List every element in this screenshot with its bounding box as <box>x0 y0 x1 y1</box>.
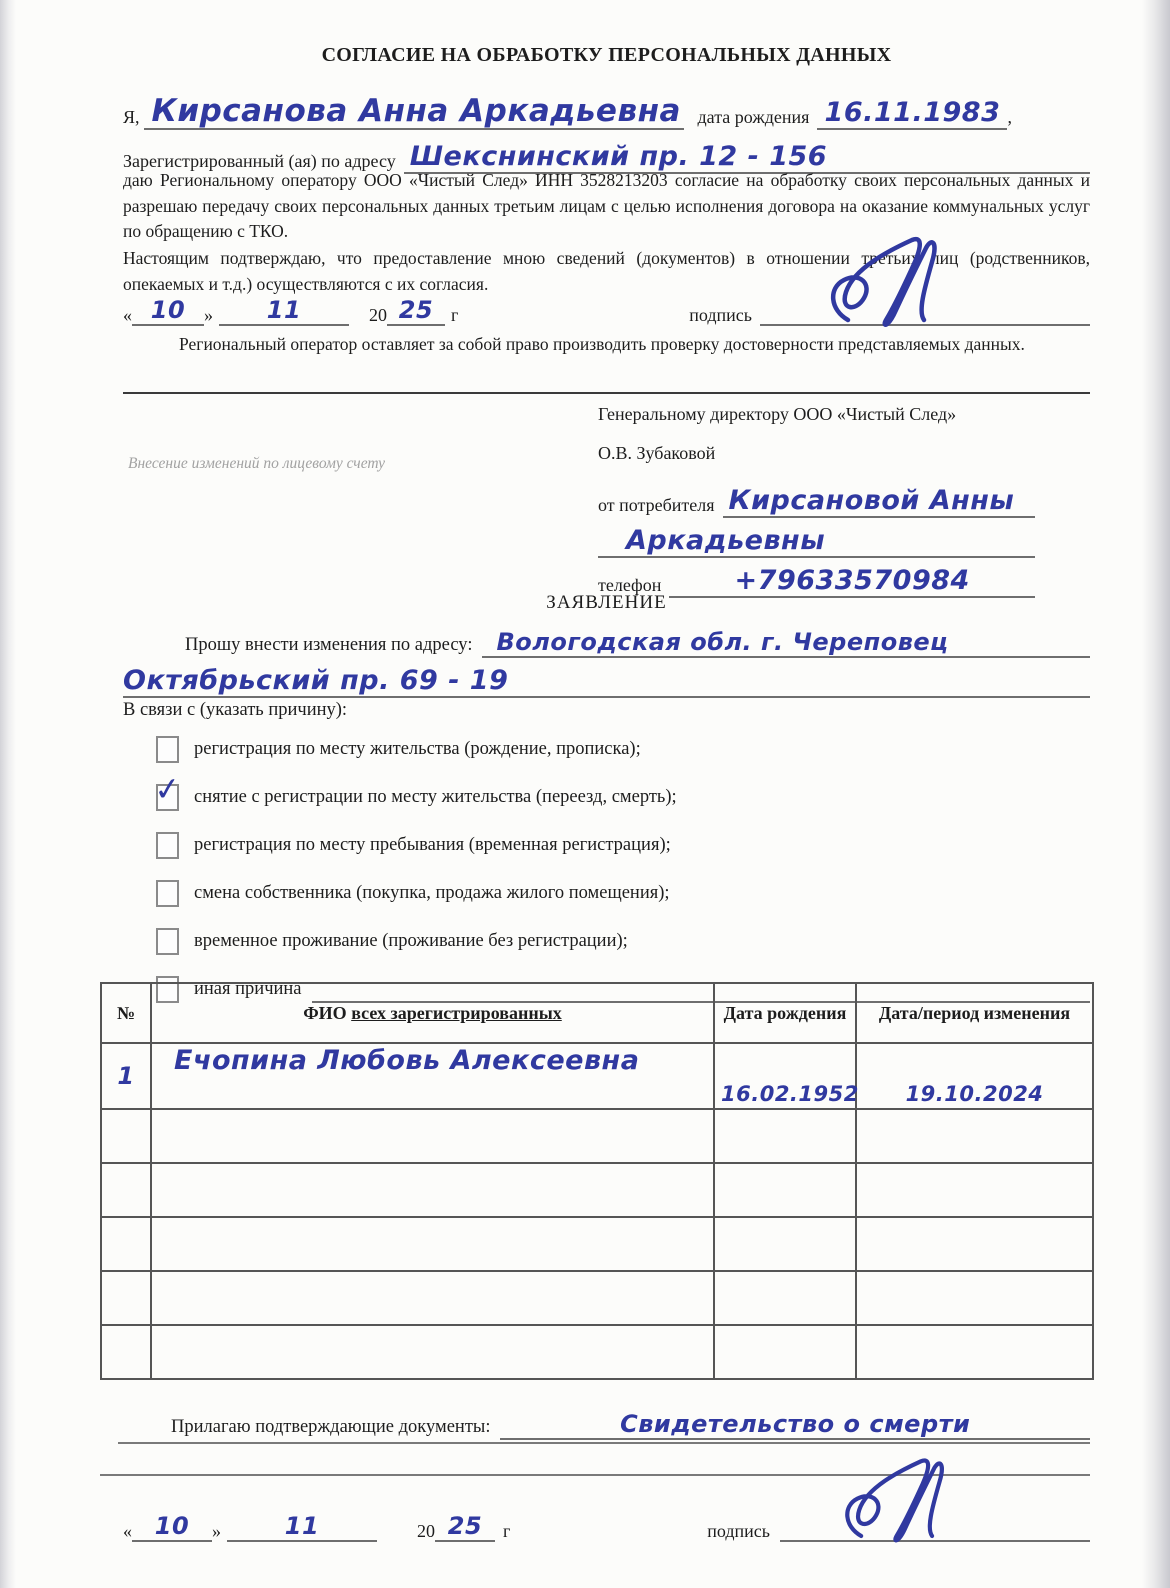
empty-cell <box>856 1217 1093 1271</box>
date-signature-line-1: « 10 » 11 20 25 г подпись <box>123 288 1090 326</box>
empty-cell <box>714 1325 856 1379</box>
fio-underlined: всех зарегистрированных <box>351 1003 562 1023</box>
reason-label-1: регистрация по месту жительства (рождени… <box>194 739 641 760</box>
signature-ink-1 <box>820 232 970 332</box>
empty-cell <box>151 1325 714 1379</box>
from-handwritten-2: Аркадьевны <box>598 525 825 556</box>
blank-line-1 <box>118 1442 1090 1444</box>
from-field-1: Кирсановой Анны <box>723 486 1035 518</box>
signature-field-1 <box>760 324 1090 326</box>
day-handwritten-2: 10 <box>155 1512 189 1540</box>
registered-table: № ФИО всех зарегистрированных Дата рожде… <box>100 982 1094 1380</box>
month-field: 11 <box>219 297 349 326</box>
reason-item-5: временное проживание (проживание без рег… <box>156 928 1090 955</box>
dob-row-handwritten: 16.02.1952 <box>721 1082 859 1106</box>
day-field-2: 10 <box>132 1513 212 1542</box>
identity-line: Я, Кирсанова Анна Аркадьевна дата рожден… <box>123 84 1090 130</box>
scan-edge-left <box>0 0 16 1588</box>
empty-cell <box>101 1325 151 1379</box>
document-title: СОГЛАСИЕ НА ОБРАБОТКУ ПЕРСОНАЛЬНЫХ ДАННЫ… <box>123 44 1090 67</box>
checkbox-unchecked <box>156 928 179 955</box>
empty-cell <box>151 1163 714 1217</box>
reasons-list: регистрация по месту жительства (рождени… <box>156 736 1090 1024</box>
quote-close: » <box>204 305 213 326</box>
empty-cell <box>714 1109 856 1163</box>
dob-field: 16.11.1983 <box>817 98 1007 130</box>
reason-label-4: смена собственника (покупка, продажа жил… <box>194 883 670 904</box>
from-consumer-line-2: Аркадьевны <box>598 518 1035 558</box>
empty-cell <box>151 1271 714 1325</box>
verification-note: Региональный оператор оставляет за собой… <box>123 332 1090 358</box>
dob-handwritten: 16.11.1983 <box>825 97 1001 128</box>
statement-heading: ЗАЯВЛЕНИЕ <box>123 592 1090 614</box>
new-address-handwritten-1: Вологодская обл. г. Череповец <box>482 628 948 656</box>
table-row-empty <box>101 1163 1093 1217</box>
empty-cell <box>714 1271 856 1325</box>
new-address-field-2: Октябрьский пр. 69 - 19 <box>123 666 1090 698</box>
table-row: 1 Ечопина Любовь Алексеевна 16.02.1952 1… <box>101 1043 1093 1109</box>
request-label: Прошу внести изменения по адресу: <box>123 635 472 658</box>
quote-open: « <box>123 305 132 326</box>
reason-item-3: регистрация по месту пребывания (временн… <box>156 832 1090 859</box>
year-suffix-2: г <box>503 1521 510 1542</box>
checkbox-unchecked <box>156 736 179 763</box>
day-field: 10 <box>132 297 204 326</box>
section-divider <box>123 392 1090 394</box>
director-name: О.В. Зубаковой <box>598 443 1092 464</box>
reason-label-2: снятие с регистрации по месту жительства… <box>194 787 677 808</box>
reason-item-4: смена собственника (покупка, продажа жил… <box>156 880 1090 907</box>
empty-cell <box>856 1325 1093 1379</box>
documents-line: Прилагаю подтверждающие документы: Свиде… <box>123 1396 1090 1440</box>
table-header-row: № ФИО всех зарегистрированных Дата рожде… <box>101 983 1093 1043</box>
checkbox-unchecked <box>156 880 179 907</box>
month-handwritten-2: 11 <box>285 1512 319 1540</box>
request-line: Прошу внести изменения по адресу: Волого… <box>123 616 1090 658</box>
fullname-field: Кирсанова Анна Аркадьевна <box>144 94 684 130</box>
empty-cell <box>101 1163 151 1217</box>
new-address-handwritten-2: Октябрьский пр. 69 - 19 <box>123 665 508 696</box>
quote-close-2: » <box>212 1521 221 1542</box>
cell-dob: 16.02.1952 <box>714 1043 856 1109</box>
empty-cell <box>101 1217 151 1271</box>
col-header-change: Дата/период изменения <box>856 983 1093 1043</box>
table-row-empty <box>101 1217 1093 1271</box>
empty-cell <box>856 1163 1093 1217</box>
col-header-num: № <box>101 983 151 1043</box>
cell-fio: Ечопина Любовь Алексеевна <box>151 1043 714 1109</box>
dob-label: дата рождения <box>698 107 810 130</box>
empty-cell <box>101 1109 151 1163</box>
from-handwritten-1: Кирсановой Анны <box>723 485 1015 516</box>
cell-num: 1 <box>101 1043 151 1109</box>
checkbox-unchecked <box>156 832 179 859</box>
checkbox-checked: ✓ <box>156 784 179 811</box>
request-line-2: Октябрьский пр. 69 - 19 <box>123 656 1090 698</box>
month-field-2: 11 <box>227 1513 377 1542</box>
empty-cell <box>714 1217 856 1271</box>
empty-cell <box>856 1271 1093 1325</box>
year-field: 25 <box>387 297 445 326</box>
empty-cell <box>151 1109 714 1163</box>
date-signature-line-2: « 10 » 11 20 25 г подпись <box>123 1502 1090 1542</box>
documents-label: Прилагаю подтверждающие документы: <box>123 1417 490 1440</box>
registered-table-wrap: № ФИО всех зарегистрированных Дата рожде… <box>100 982 1094 1380</box>
year-field-2: 25 <box>435 1513 495 1542</box>
side-note: Внесение изменений по лицевому счету <box>128 455 468 473</box>
scanned-form-page: СОГЛАСИЕ НА ОБРАБОТКУ ПЕРСОНАЛЬНЫХ ДАННЫ… <box>0 0 1170 1588</box>
year-prefix-2: 20 <box>417 1521 435 1542</box>
fio-prefix: ФИО <box>303 1003 351 1023</box>
director-line: Генеральному директору ООО «Чистый След» <box>598 404 1092 425</box>
fullname-handwritten: Кирсанова Анна Аркадьевна <box>144 93 681 129</box>
signature-label-1: подпись <box>689 305 752 326</box>
table-row-empty <box>101 1109 1093 1163</box>
signature-ink-2 <box>835 1453 975 1548</box>
table-row-empty <box>101 1271 1093 1325</box>
year-handwritten-2: 25 <box>448 1512 482 1540</box>
year-handwritten: 25 <box>399 296 433 324</box>
col-header-dob: Дата рождения <box>714 983 856 1043</box>
num-handwritten: 1 <box>117 1062 134 1090</box>
cell-change: 19.10.2024 <box>856 1043 1093 1109</box>
empty-cell <box>151 1217 714 1271</box>
scan-edge-right <box>1142 0 1170 1588</box>
day-handwritten: 10 <box>151 296 185 324</box>
from-label: от потребителя <box>598 495 715 518</box>
empty-cell <box>101 1271 151 1325</box>
signature-field-2 <box>780 1540 1090 1542</box>
from-field-2: Аркадьевны <box>598 526 1035 558</box>
documents-handwritten: Свидетельство о смерти <box>620 1410 970 1438</box>
signature-label-2: подпись <box>707 1521 770 1542</box>
quote-open-2: « <box>123 1521 132 1542</box>
change-handwritten: 19.10.2024 <box>906 1082 1044 1106</box>
reason-label-5: временное проживание (проживание без рег… <box>194 931 628 952</box>
new-address-field-1: Вологодская обл. г. Череповец <box>482 629 1090 658</box>
reason-item-1: регистрация по месту жительства (рождени… <box>156 736 1090 763</box>
reason-label-3: регистрация по месту пребывания (временн… <box>194 835 671 856</box>
year-suffix: г <box>451 305 458 326</box>
checkmark-icon: ✓ <box>152 769 183 810</box>
comma: , <box>1007 107 1012 130</box>
fio-handwritten: Ечопина Любовь Алексеевна <box>158 1045 639 1076</box>
reason-label: В связи с (указать причину): <box>123 700 347 721</box>
month-handwritten: 11 <box>267 296 301 324</box>
i-label: Я, <box>123 107 140 130</box>
year-prefix: 20 <box>369 305 387 326</box>
col-header-fio: ФИО всех зарегистрированных <box>151 983 714 1043</box>
empty-cell <box>856 1109 1093 1163</box>
from-consumer-line: от потребителя Кирсановой Анны <box>598 478 1035 518</box>
reason-item-2: ✓ снятие с регистрации по месту жительст… <box>156 784 1090 811</box>
table-row-empty <box>101 1325 1093 1379</box>
documents-field: Свидетельство о смерти <box>500 1411 1090 1440</box>
empty-cell <box>714 1163 856 1217</box>
